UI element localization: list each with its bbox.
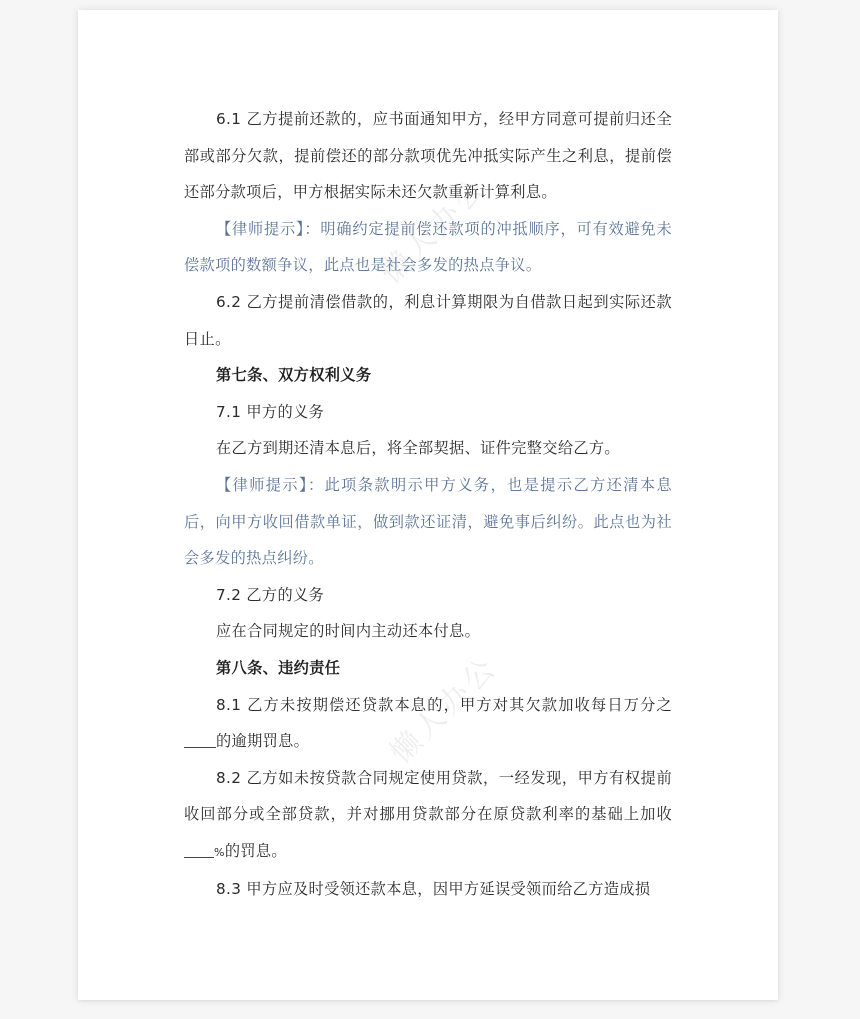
document-body: 6.1 乙方提前还款的，应书面通知甲方，经甲方同意可提前归还全部或部分欠款，提前…	[184, 101, 672, 908]
clause-7-1-title: 7.1 甲方的义务	[184, 394, 672, 431]
lawyer-tip-label: 【律师提示】	[216, 476, 308, 494]
document-page: 懒人办公 懒人办公 懒人办公 懒人办公 懒人办公 6.1 乙方提前还款的，应书面…	[78, 10, 778, 1000]
clause-8-2: 8.2 乙方如未按贷款合同规定使用贷款，一经发现，甲方有权提前收回部分或全部贷款…	[184, 760, 672, 872]
watermark: 懒人办公	[78, 814, 85, 941]
clause-8-3: 8.3 甲方应及时受领还款本息，因甲方延误受领而给乙方造成损	[184, 871, 672, 908]
lawyer-tip: 【律师提示】：明确约定提前偿还款项的冲抵顺序，可有效避免未偿款项的数额争议，此点…	[184, 211, 672, 284]
clause-7-2-title: 7.2 乙方的义务	[184, 577, 672, 614]
clause-6-1: 6.1 乙方提前还款的，应书面通知甲方，经甲方同意可提前归还全部或部分欠款，提前…	[184, 101, 672, 211]
clause-7-1-text: 在乙方到期还清本息后，将全部契据、证件完整交给乙方。	[184, 430, 672, 467]
clause-8-2-text-after: 的罚息。	[225, 842, 287, 860]
clause-6-2: 6.2 乙方提前清偿借款的，利息计算期限为自借款日起到实际还款日止。	[184, 284, 672, 357]
clause-8-1: 8.1 乙方未按期偿还贷款本息的，甲方对其欠款加收每日万分之的逾期罚息。	[184, 687, 672, 760]
clause-8-1-text-after: 的逾期罚息。	[216, 732, 309, 750]
lawyer-tip: 【律师提示】：此项条款明示甲方义务，也是提示乙方还清本息后，向甲方收回借款单证，…	[184, 467, 672, 577]
lawyer-tip-label: 【律师提示】	[216, 220, 304, 238]
section-heading-8: 第八条、违约责任	[184, 650, 672, 687]
blank-field[interactable]	[184, 732, 216, 748]
section-heading-7: 第七条、双方权利义务	[184, 357, 672, 394]
clause-7-2-text: 应在合同规定的时间内主动还本付息。	[184, 613, 672, 650]
percent-sign: %	[214, 846, 225, 859]
blank-field[interactable]	[184, 842, 214, 858]
clause-8-1-text-before: 8.1 乙方未按期偿还贷款本息的，甲方对其欠款加收每日万分之	[216, 696, 672, 714]
clause-8-2-text-before: 8.2 乙方如未按贷款合同规定使用贷款，一经发现，甲方有权提前收回部分或全部贷款…	[184, 769, 672, 824]
